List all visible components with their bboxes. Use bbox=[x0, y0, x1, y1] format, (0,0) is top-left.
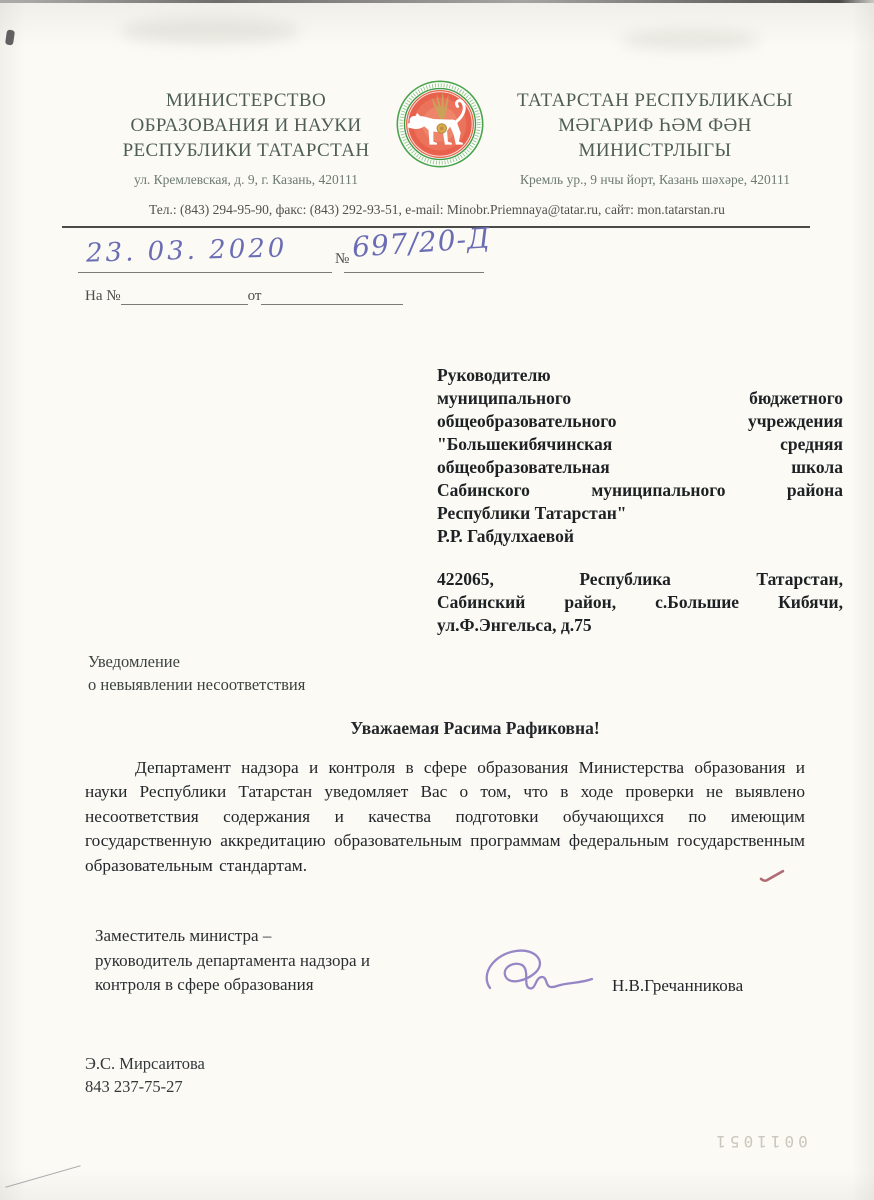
text-line: Сабинскийрайон,с.БольшиеКибячи, bbox=[437, 591, 843, 614]
scan-top-edge-artifact bbox=[0, 0, 874, 3]
reply-number-label: На № bbox=[85, 288, 121, 304]
scanned-letter-page: МИНИСТЕРСТВО ОБРАЗОВАНИЯ И НАУКИ РЕСПУБЛ… bbox=[0, 0, 874, 1200]
text-line: Уведомление bbox=[88, 650, 305, 673]
document-subject: Уведомлениео невыявлении несоответствия bbox=[88, 650, 305, 696]
text-line: Руководителю bbox=[437, 364, 843, 387]
text-line: "Большекибячинскаясредняя bbox=[437, 433, 843, 456]
ministry-title-ru: МИНИСТЕРСТВО ОБРАЗОВАНИЯ И НАУКИ РЕСПУБЛ… bbox=[66, 88, 426, 163]
ministry-title-ru-line1: МИНИСТЕРСТВО bbox=[66, 88, 426, 113]
reply-number-blank bbox=[121, 288, 248, 305]
ministry-title-ru-line3: РЕСПУБЛИКИ ТАТАРСТАН bbox=[66, 138, 426, 163]
text-line: Р.Р. Габдулхаевой bbox=[437, 525, 843, 548]
ministry-title-tt-line2: МӘГАРИФ ҺӘМ ФӘН bbox=[466, 113, 844, 138]
text-line: Заместитель министра – bbox=[95, 924, 425, 949]
ministry-address-ru: ул. Кремлевская, д. 9, г. Казань, 420111 bbox=[66, 172, 426, 188]
text-line: о невыявлении несоответствия bbox=[88, 673, 305, 696]
text-line: Республики Татарстан" bbox=[437, 502, 843, 525]
text-line: общеобразовательногоучреждения bbox=[437, 410, 843, 433]
text-line: муниципальногобюджетного bbox=[437, 387, 843, 410]
number-sign: № bbox=[335, 251, 349, 268]
ministry-title-tt-line1: ТАТАРСТАН РЕСПУБЛИКАСЫ bbox=[466, 88, 844, 113]
reply-from-blank bbox=[261, 288, 403, 305]
signer-name: Н.В.Гречанникова bbox=[612, 976, 743, 996]
reply-from-label: от bbox=[248, 288, 262, 304]
contact-line: Тел.: (843) 294-95-90, факс: (843) 292-9… bbox=[0, 202, 874, 218]
executor-name: Э.С. Мирсаитова bbox=[85, 1052, 205, 1075]
reply-reference-row: На №от bbox=[85, 288, 403, 305]
text-line: контроля в сфере образования bbox=[95, 973, 425, 998]
text-line: руководитель департамента надзора и bbox=[95, 949, 425, 974]
scan-corner-crease bbox=[5, 1165, 80, 1187]
number-underline bbox=[344, 272, 484, 273]
blank-serial-stamp: 0011051 bbox=[690, 1132, 830, 1151]
recipient-address-block: 422065,РеспубликаТатарстан,Сабинскийрайо… bbox=[437, 568, 843, 637]
handwritten-signature bbox=[478, 942, 602, 1011]
executor-block: Э.С. Мирсаитова 843 237-75-27 bbox=[85, 1052, 205, 1098]
recipient-block: Руководителюмуниципальногобюджетногообще… bbox=[437, 364, 843, 548]
ministry-title-tt-line3: МИНИСТРЛЫГЫ bbox=[466, 138, 844, 163]
text-line: Сабинскогомуниципальногорайона bbox=[437, 479, 843, 502]
handwritten-date: 23. 03. 2020 bbox=[86, 233, 288, 268]
scan-ink-blob-artifact bbox=[5, 30, 15, 46]
date-underline bbox=[78, 272, 332, 273]
red-checkmark-annotation bbox=[757, 867, 787, 893]
ministry-title-tt: ТАТАРСТАН РЕСПУБЛИКАСЫ МӘГАРИФ ҺӘМ ФӘН М… bbox=[466, 88, 844, 163]
text-line: ул.Ф.Энгельса, д.75 bbox=[437, 614, 843, 637]
scan-smudge bbox=[620, 30, 760, 50]
salutation: Уважаемая Расима Рафиковна! bbox=[95, 718, 855, 739]
text-line: 422065,РеспубликаТатарстан, bbox=[437, 568, 843, 591]
ministry-title-ru-line2: ОБРАЗОВАНИЯ И НАУКИ bbox=[66, 113, 426, 138]
text-line: общеобразовательнаяшкола bbox=[437, 456, 843, 479]
executor-phone: 843 237-75-27 bbox=[85, 1075, 205, 1098]
scan-smudge bbox=[120, 18, 300, 44]
body-paragraph: Департамент надзора и контроля в сфере о… bbox=[85, 756, 805, 878]
ministry-address-tt: Кремль ур., 9 нчы йорт, Казань шәхәре, 4… bbox=[466, 172, 844, 188]
signer-position-block: Заместитель министра –руководитель депар… bbox=[95, 924, 425, 998]
